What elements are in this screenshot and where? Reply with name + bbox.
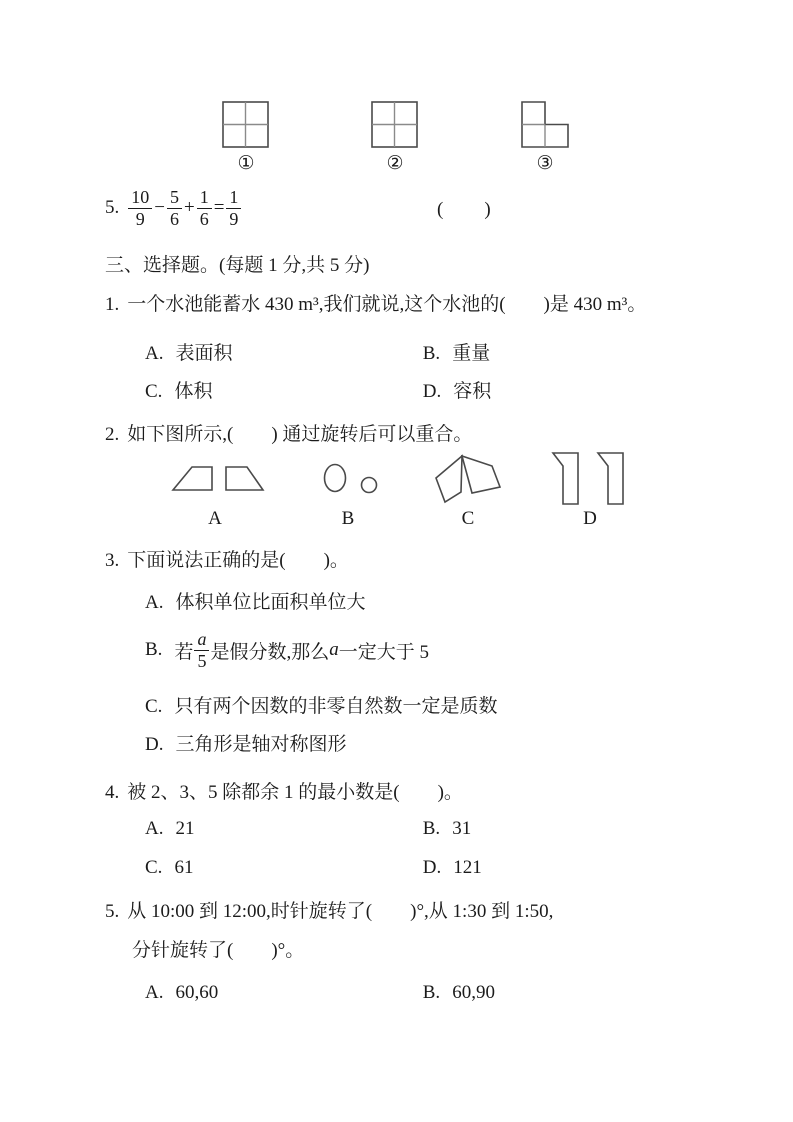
option-c: C.61	[145, 857, 418, 879]
option-text-pre: 若	[174, 637, 193, 664]
notched-bar-left-icon	[553, 453, 578, 504]
fraction-numerator: 10	[128, 187, 152, 208]
exam-page: { "figures": { "labels": ["①", "②", "③"]…	[0, 0, 793, 1122]
option-text: 21	[175, 818, 194, 839]
fraction-10-9: 109	[128, 187, 152, 228]
notched-bar-right-icon	[598, 453, 623, 504]
option-label: A.	[145, 818, 163, 839]
option-text: 表面积	[175, 343, 232, 364]
option-c: C.体积	[145, 376, 418, 403]
shape-label-d: D	[583, 508, 597, 530]
fraction-denominator: 6	[167, 209, 182, 229]
answer-blank: ( )	[437, 194, 492, 221]
shape-label-b: B	[342, 508, 355, 530]
fraction-denominator: 9	[226, 209, 241, 229]
option-text: 重量	[452, 343, 490, 364]
option-a: A.21	[145, 818, 418, 840]
option-text: 体积单位比面积单位大	[175, 592, 365, 613]
figure-2-group: ②	[370, 101, 420, 175]
fraction-a-5: a5	[194, 629, 209, 670]
option-a: A.60,60	[145, 982, 418, 1004]
option-text: 体积	[174, 381, 212, 402]
question-4-options-row-2: C.61 D.121	[145, 856, 765, 879]
option-b: B.31	[423, 818, 471, 840]
judge-question-5: 5. 109 − 56 + 16 = 19 ( )	[105, 182, 793, 234]
option-text: 只有两个因数的非零自然数一定是质数	[174, 696, 497, 717]
option-text: 60,90	[452, 982, 495, 1003]
folded-quad-right-icon	[462, 456, 500, 493]
option-b: B.60,90	[423, 982, 495, 1004]
option-d: D.容积	[423, 376, 492, 403]
question-5-number: 5.	[105, 901, 119, 923]
small-circle-icon	[362, 478, 377, 493]
section-title: 三、选择题。(每题 1 分,共 5 分)	[105, 250, 369, 277]
folded-quad-left-icon	[436, 456, 462, 502]
question-5-options-row-1: A.60,60 B.60,90	[145, 981, 765, 1004]
question-2-text: 如下图所示,( ) 通过旋转后可以重合。	[127, 424, 472, 445]
equals-operator: =	[214, 197, 225, 219]
option-label: D.	[145, 734, 163, 755]
question-3-text: 下面说法正确的是( )。	[127, 550, 349, 571]
question-3-option-c: C.只有两个因数的非零自然数一定是质数	[145, 691, 497, 718]
trapezoid-right-icon	[226, 467, 263, 490]
option-text-mid: 是假分数,那么	[210, 637, 329, 664]
minus-operator: −	[154, 197, 165, 219]
question-4-text: 被 2、3、5 除都余 1 的最小数是( )。	[127, 782, 463, 803]
question-2-number: 2.	[105, 424, 119, 446]
judge-question-number: 5.	[105, 197, 119, 219]
fraction-numerator: 1	[197, 187, 212, 208]
fraction-1-6: 16	[197, 187, 212, 228]
fraction-numerator: a	[194, 629, 209, 650]
option-b: B.重量	[423, 338, 490, 365]
figure-3-l-shape-icon	[520, 101, 570, 149]
option-label: D.	[423, 857, 441, 878]
option-label: C.	[145, 381, 162, 402]
trapezoid-left-icon	[173, 467, 212, 490]
question-3: 3.下面说法正确的是( )。	[105, 545, 349, 572]
figure-1-grid-2x2-icon	[222, 101, 270, 149]
option-text: 31	[452, 818, 471, 839]
figure-3-group: ③	[520, 101, 570, 175]
question-3-number: 3.	[105, 550, 119, 572]
option-text: 121	[453, 857, 482, 878]
fraction-denominator: 6	[197, 209, 212, 229]
variable-a: a	[329, 639, 339, 661]
option-text: 61	[174, 857, 193, 878]
fraction-denominator: 5	[194, 651, 209, 671]
option-label: A.	[145, 343, 163, 364]
option-text: 三角形是轴对称图形	[175, 734, 346, 755]
question-5-line-1: 5.从 10:00 到 12:00,时针旋转了( )°,从 1:30 到 1:5…	[105, 896, 553, 923]
option-label: B.	[423, 982, 440, 1003]
question-3-option-b: B. 若 a5 是假分数,那么 a 一定大于 5	[145, 628, 429, 672]
fraction-equation: 109 − 56 + 16 = 19	[127, 187, 242, 228]
option-text-post: 一定大于 5	[339, 637, 429, 664]
option-a: A.表面积	[145, 338, 418, 365]
figure-1-label: ①	[221, 152, 271, 175]
option-d: D.121	[423, 857, 482, 879]
question-4-number: 4.	[105, 782, 119, 804]
figure-2-grid-2x2-icon	[371, 101, 419, 149]
figure-3-label: ③	[520, 152, 570, 175]
option-label: C.	[145, 696, 162, 717]
figure-2-label: ②	[370, 152, 420, 175]
option-text: 容积	[453, 381, 491, 402]
option-label: C.	[145, 857, 162, 878]
figure-1-group: ①	[221, 101, 271, 175]
question-1-options-row-1: A.表面积 B.重量	[145, 338, 765, 365]
question-4: 4.被 2、3、5 除都余 1 的最小数是( )。	[105, 777, 463, 804]
option-label: B.	[423, 818, 440, 839]
question-4-options-row-1: A.21 B.31	[145, 817, 765, 840]
fraction-5-6: 56	[167, 187, 182, 228]
question-2-shapes	[160, 449, 640, 509]
option-label: B.	[423, 343, 440, 364]
question-1-options-row-2: C.体积 D.容积	[145, 376, 765, 403]
question-5-text-line-1: 从 10:00 到 12:00,时针旋转了( )°,从 1:30 到 1:50,	[127, 901, 553, 922]
fraction-1-9: 19	[226, 187, 241, 228]
question-1-number: 1.	[105, 294, 119, 316]
question-1: 1.一个水池能蓄水 430 m³,我们就说,这个水池的( )是 430 m³。	[105, 289, 646, 316]
option-label: A.	[145, 592, 163, 613]
large-circle-icon	[325, 465, 346, 492]
question-3-option-a: A.体积单位比面积单位大	[145, 587, 366, 614]
plus-operator: +	[184, 197, 195, 219]
question-5-text-line-2: 分针旋转了( )°。	[132, 940, 304, 961]
fraction-numerator: 1	[226, 187, 241, 208]
question-5-line-2: 分针旋转了( )°。	[132, 935, 304, 962]
fraction-denominator: 9	[133, 209, 148, 229]
option-label: D.	[423, 381, 441, 402]
fraction-numerator: 5	[167, 187, 182, 208]
question-2: 2.如下图所示,( ) 通过旋转后可以重合。	[105, 419, 472, 446]
question-3-option-d: D.三角形是轴对称图形	[145, 729, 347, 756]
option-label: B.	[145, 639, 162, 661]
option-text: 60,60	[175, 982, 218, 1003]
option-label: A.	[145, 982, 163, 1003]
question-1-text: 一个水池能蓄水 430 m³,我们就说,这个水池的( )是 430 m³。	[127, 294, 646, 315]
shape-label-a: A	[208, 508, 222, 530]
shape-label-c: C	[462, 508, 475, 530]
